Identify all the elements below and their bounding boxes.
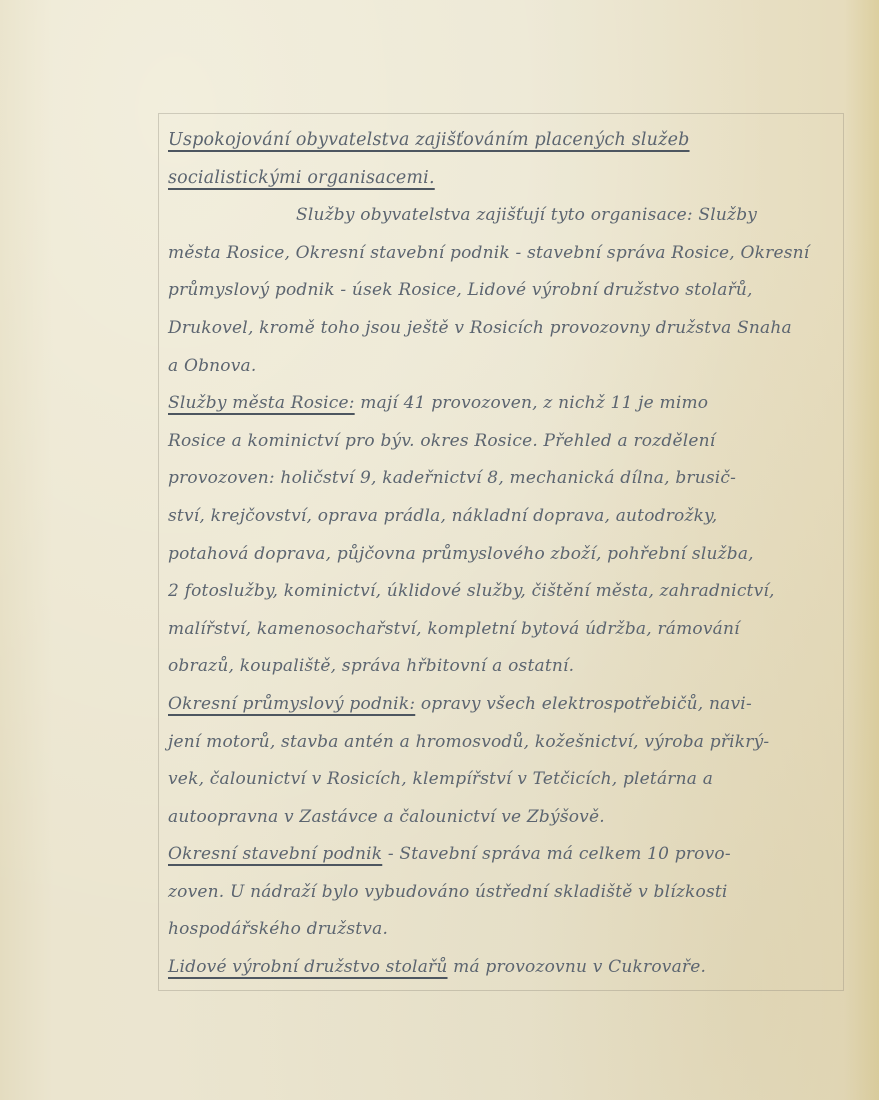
section-text: mají 41 provozoven, z nichž 11 je mimo (355, 393, 709, 413)
section-line: obrazů, koupaliště, správa hřbitovní a o… (168, 648, 836, 686)
section-heading-sluzby-mesta: Služby města Rosice: (168, 393, 355, 413)
section-okresni-stavebni-first-line: Okresní stavební podnik - Stavební správ… (168, 836, 836, 874)
intro-line: Drukovel, kromě toho jsou ještě v Rosicí… (168, 310, 836, 348)
handwritten-text-block: Uspokojování obyvatelstva zajišťováním p… (168, 122, 836, 987)
section-text: má provozovnu v Cukrovaře. (448, 957, 707, 977)
intro-line: města Rosice, Okresní stavební podnik - … (168, 235, 836, 273)
document-title-part-2: socialistickými organisacemi. (168, 168, 435, 188)
section-line: 2 fotoslužby, kominictví, úklidové služb… (168, 573, 836, 611)
section-line: malířství, kamenosochařství, kompletní b… (168, 611, 836, 649)
section-text: - Stavební správa má celkem 10 provo- (382, 844, 731, 864)
section-sluzby-mesta-first-line: Služby města Rosice: mají 41 provozoven,… (168, 385, 836, 423)
title-line-1: Uspokojování obyvatelstva zajišťováním p… (168, 122, 836, 160)
section-text: opravy všech elektrospotřebičů, navi- (415, 694, 752, 714)
section-line: vek, čalounictví v Rosicích, klempířství… (168, 761, 836, 799)
section-heading-okresni-stavebni: Okresní stavební podnik (168, 844, 382, 864)
section-line: Rosice a kominictví pro býv. okres Rosic… (168, 423, 836, 461)
section-line: potahová doprava, půjčovna průmyslového … (168, 536, 836, 574)
section-heading-okresni-prumyslovy: Okresní průmyslový podnik: (168, 694, 415, 714)
section-line: zoven. U nádraží bylo vybudováno ústředn… (168, 874, 836, 912)
section-line: provozoven: holičství 9, kadeřnictví 8, … (168, 460, 836, 498)
section-okresni-prumyslovy-first-line: Okresní průmyslový podnik: opravy všech … (168, 686, 836, 724)
section-line: jení motorů, stavba antén a hromosvodů, … (168, 724, 836, 762)
intro-line: Služby obyvatelstva zajišťují tyto organ… (168, 197, 836, 235)
title-line-2: socialistickými organisacemi. (168, 160, 836, 198)
intro-line: průmyslový podnik - úsek Rosice, Lidové … (168, 272, 836, 310)
section-line: hospodářského družstva. (168, 911, 836, 949)
section-lidove-vyrobni-first-line: Lidové výrobní družstvo stolařů má provo… (168, 949, 836, 987)
section-line: ství, krejčovství, oprava prádla, náklad… (168, 498, 836, 536)
section-heading-lidove-vyrobni: Lidové výrobní družstvo stolařů (168, 957, 448, 977)
section-line: autoopravna v Zastávce a čalounictví ve … (168, 799, 836, 837)
document-title-part-1: Uspokojování obyvatelstva zajišťováním p… (168, 130, 690, 150)
intro-line: a Obnova. (168, 348, 836, 386)
